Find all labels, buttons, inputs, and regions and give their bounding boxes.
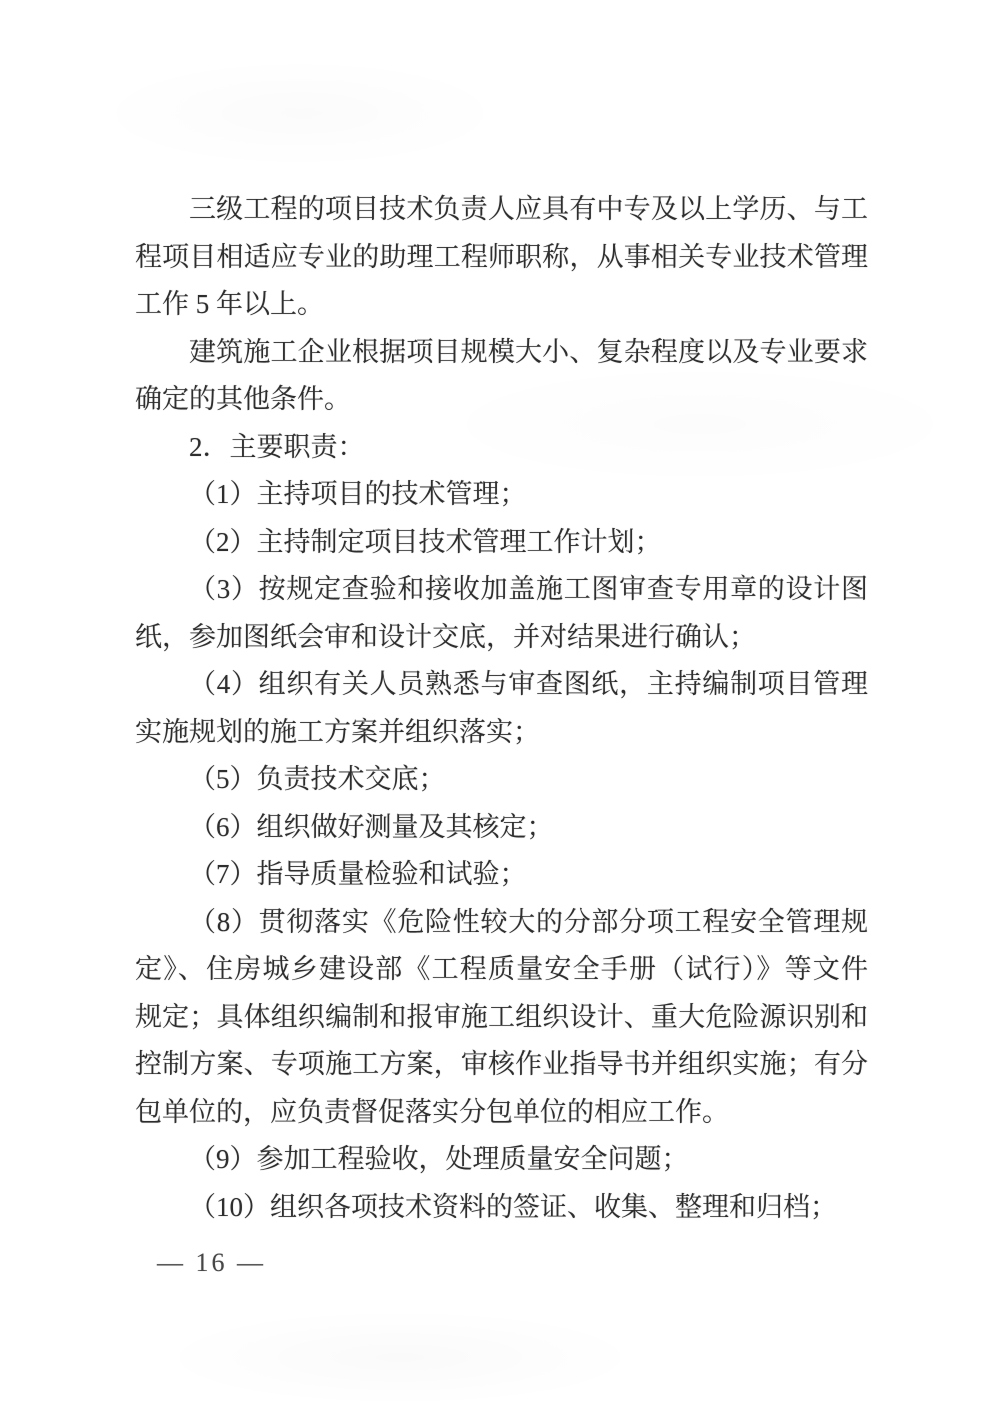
paragraph: （1）主持项目的技术管理； (135, 471, 868, 519)
text-line: 规定；具体组织编制和报审施工组织设计、重大危险源识别和 (135, 994, 868, 1042)
paragraph: 2．主要职责： (135, 424, 868, 472)
paragraph: （6）组织做好测量及其核定； (135, 804, 868, 852)
paragraph: （3）按规定查验和接收加盖施工图审查专用章的设计图纸，参加图纸会审和设计交底，并… (135, 566, 868, 661)
text-line: （6）组织做好测量及其核定； (135, 804, 868, 852)
text-line: 工作 5 年以上。 (135, 281, 868, 329)
text-line: 建筑施工企业根据项目规模大小、复杂程度以及专业要求 (135, 329, 868, 377)
page-number: — 16 — (157, 1248, 266, 1277)
paragraph: （8）贯彻落实《危险性较大的分部分项工程安全管理规定》、住房城乡建设部《工程质量… (135, 899, 868, 1137)
text-line: 2．主要职责： (135, 424, 868, 472)
text-line: 确定的其他条件。 (135, 376, 868, 424)
text-line: 定》、住房城乡建设部《工程质量安全手册（试行）》等文件 (135, 946, 868, 994)
paragraph: 建筑施工企业根据项目规模大小、复杂程度以及专业要求确定的其他条件。 (135, 329, 868, 424)
text-line: （7）指导质量检验和试验； (135, 851, 868, 899)
text-line: （10）组织各项技术资料的签证、收集、整理和归档； (135, 1184, 868, 1232)
paragraph: （4）组织有关人员熟悉与审查图纸，主持编制项目管理实施规划的施工方案并组织落实； (135, 661, 868, 756)
paragraph: （10）组织各项技术资料的签证、收集、整理和归档； (135, 1184, 868, 1232)
paragraph: （5）负责技术交底； (135, 756, 868, 804)
document-body: 三级工程的项目技术负责人应具有中专及以上学历、与工程项目相适应专业的助理工程师职… (135, 186, 868, 1231)
text-line: 实施规划的施工方案并组织落实； (135, 709, 868, 757)
text-line: 控制方案、专项施工方案，审核作业指导书并组织实施；有分 (135, 1041, 868, 1089)
paragraph: 三级工程的项目技术负责人应具有中专及以上学历、与工程项目相适应专业的助理工程师职… (135, 186, 868, 329)
text-line: 三级工程的项目技术负责人应具有中专及以上学历、与工 (135, 186, 868, 234)
text-line: （8）贯彻落实《危险性较大的分部分项工程安全管理规 (135, 899, 868, 947)
page-footer: — 16 — (157, 1243, 266, 1283)
text-line: （2）主持制定项目技术管理工作计划； (135, 519, 868, 567)
text-line: 程项目相适应专业的助理工程师职称，从事相关专业技术管理 (135, 234, 868, 282)
paragraph: （9）参加工程验收，处理质量安全问题； (135, 1136, 868, 1184)
text-line: 包单位的，应负责督促落实分包单位的相应工作。 (135, 1089, 868, 1137)
paragraph: （7）指导质量检验和试验； (135, 851, 868, 899)
text-line: （3）按规定查验和接收加盖施工图审查专用章的设计图 (135, 566, 868, 614)
text-line: （5）负责技术交底； (135, 756, 868, 804)
paragraph: （2）主持制定项目技术管理工作计划； (135, 519, 868, 567)
text-line: （4）组织有关人员熟悉与审查图纸，主持编制项目管理 (135, 661, 868, 709)
text-line: 纸，参加图纸会审和设计交底，并对结果进行确认； (135, 614, 868, 662)
text-line: （1）主持项目的技术管理； (135, 471, 868, 519)
document-page: 三级工程的项目技术负责人应具有中专及以上学历、与工程项目相适应专业的助理工程师职… (0, 0, 1000, 1414)
text-line: （9）参加工程验收，处理质量安全问题； (135, 1136, 868, 1184)
